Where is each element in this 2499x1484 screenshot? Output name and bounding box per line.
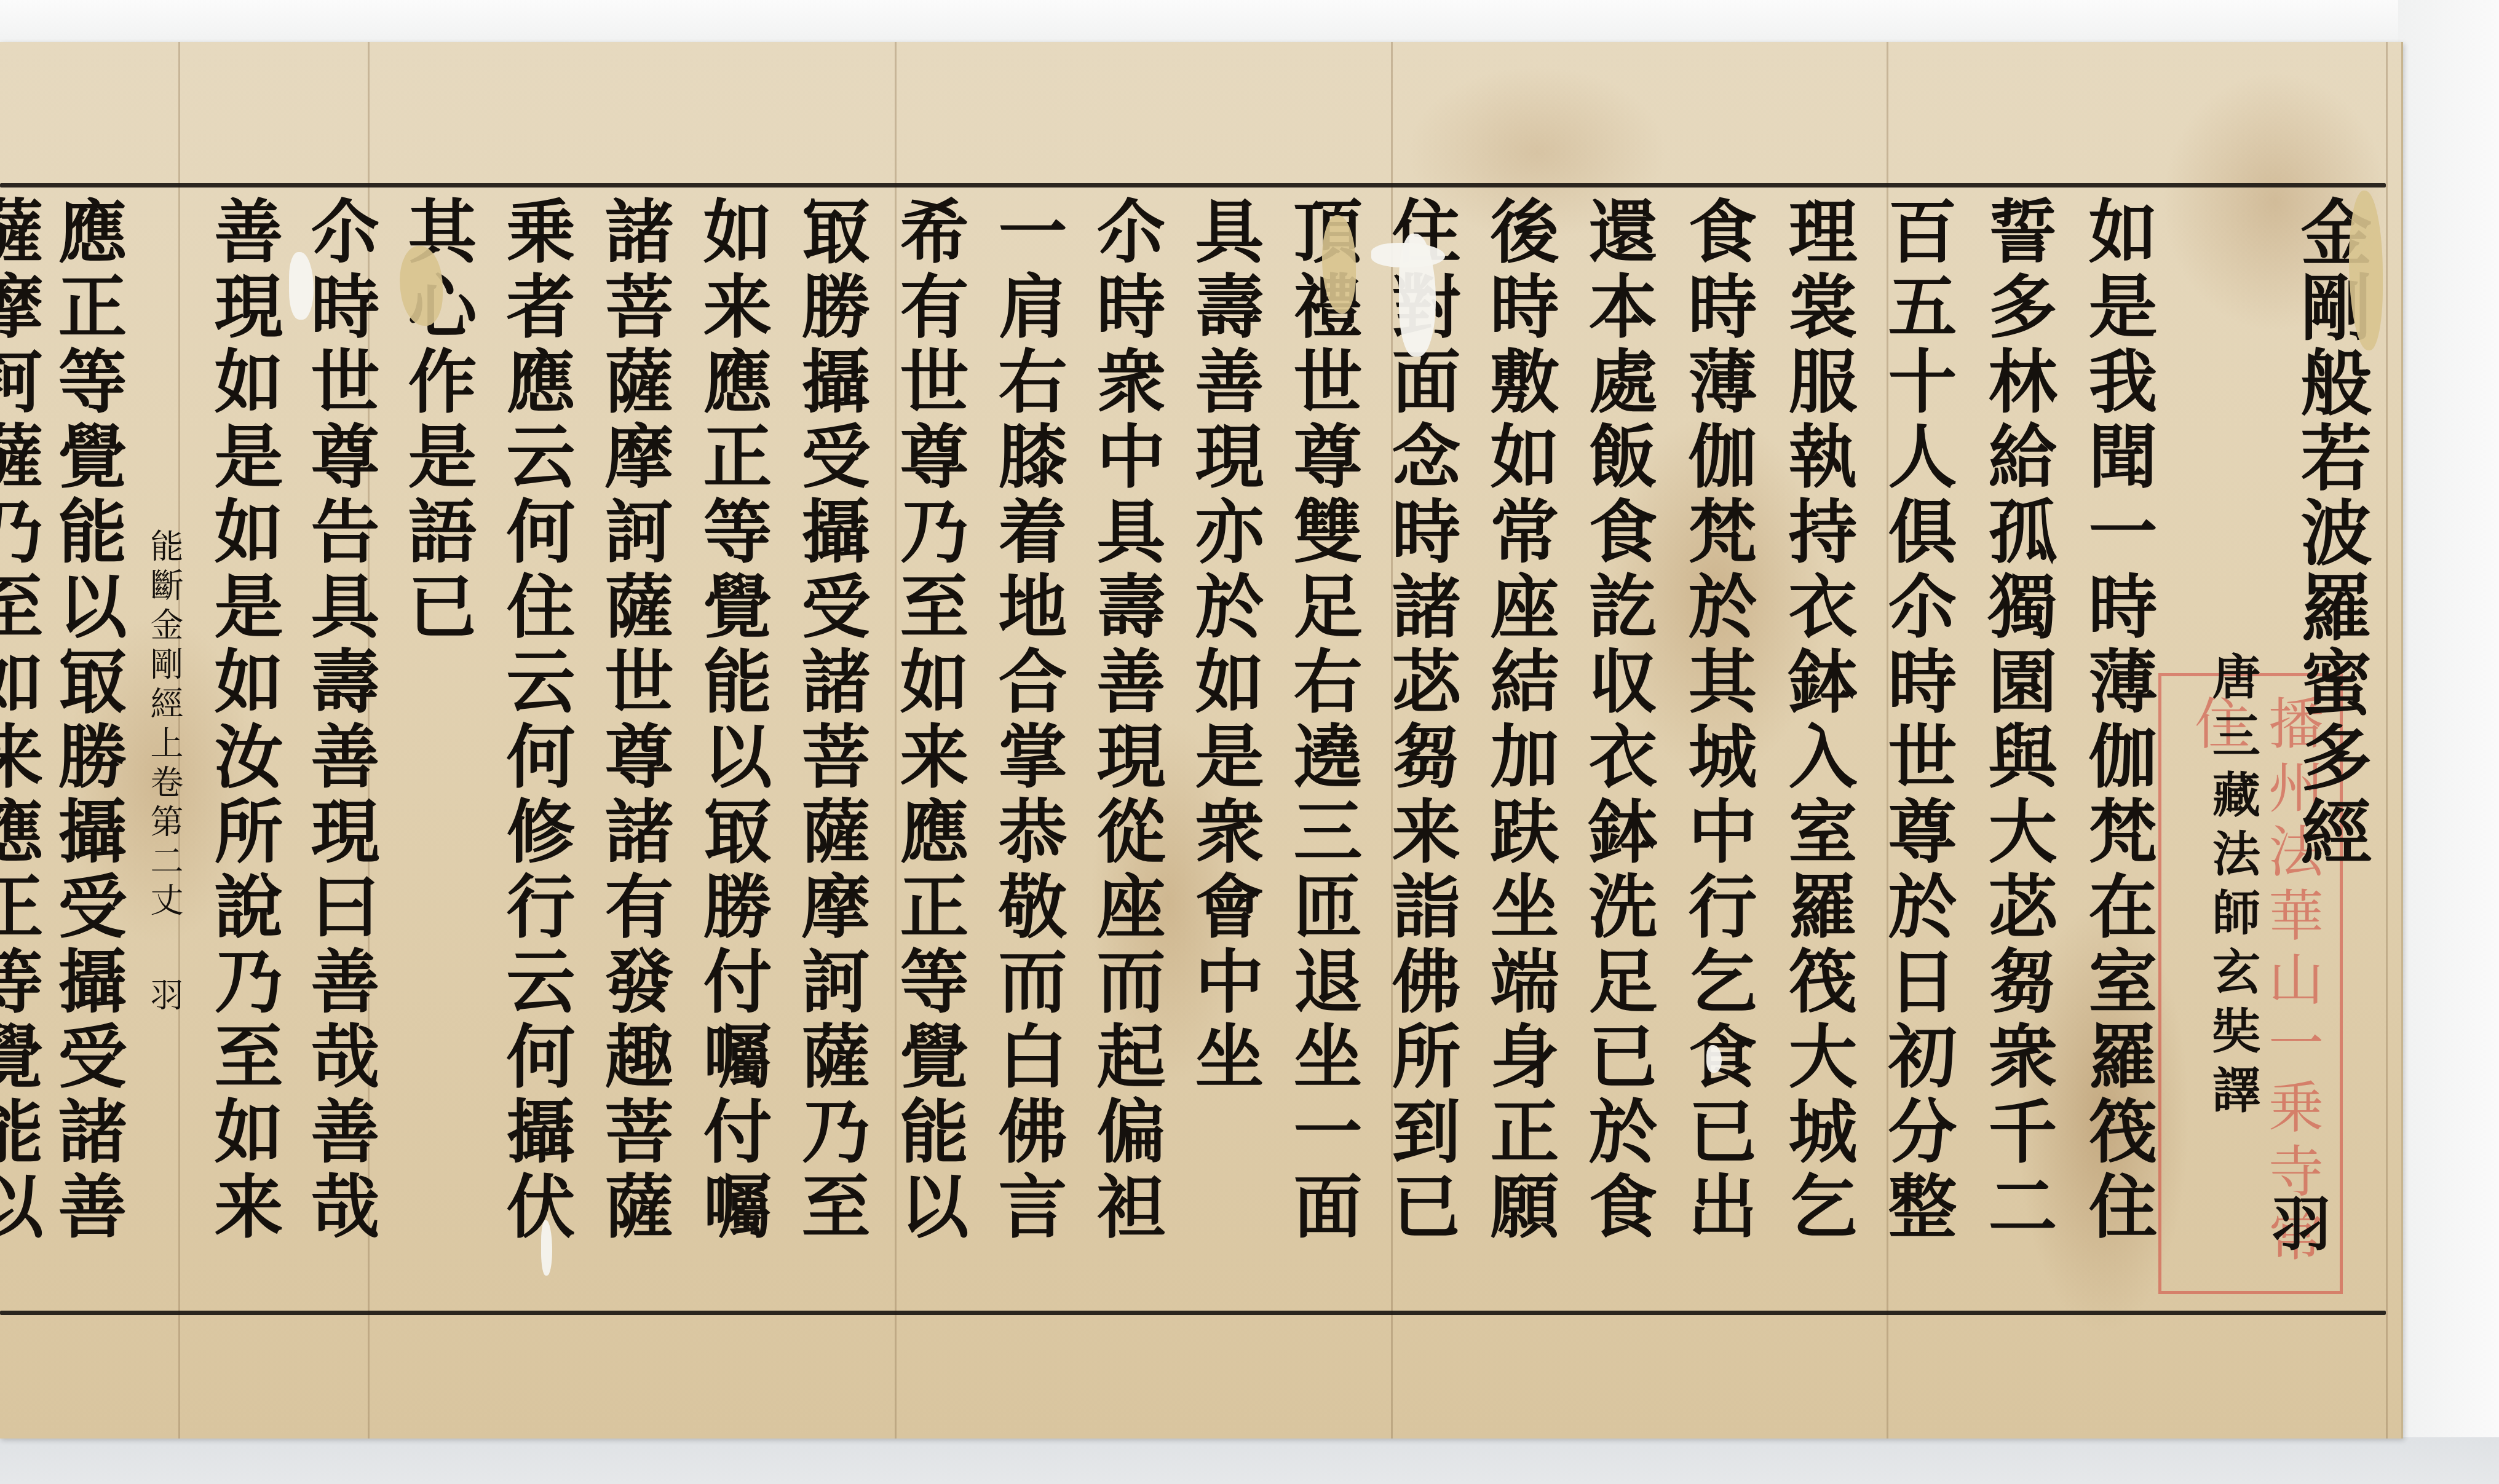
text-column-21: 應正等覺能以冣勝攝受攝受諸善 [47,195,127,1245]
margin-note: 能斷金剛經上卷第二丈 [143,529,186,922]
text-column-12: 一肩右膝着地合掌恭敬而白佛言 [987,195,1067,1245]
text-column-16: 諸菩薩摩訶薩世尊諸有發趣菩薩 [593,195,673,1245]
text-column-13: 希有世尊乃至如来應正等覺能以 [889,195,968,1245]
text-column-6: 還本處飯食訖収衣鉢洗足已於食 [1577,195,1657,1245]
translator-line: 唐三藏法師玄奘譯 [2201,652,2263,1124]
margin-note-mark: 羽 [143,977,186,1011]
text-column-20: 善現如是如是如汝所說乃至如来 [203,195,283,1245]
background-bottom [0,1437,2499,1484]
text-column-5: 食時薄伽梵於其城中行乞食已出 [1677,195,1757,1245]
text-column-15: 如来應正等覺能以冣勝付囑付囑 [692,195,772,1245]
paper-hole [1706,1045,1722,1073]
text-column-3: 百五十人俱尒時世尊於日初分整 [1877,195,1957,1245]
text-column-10: 具壽善現亦於如是衆會中坐 [1184,195,1264,1095]
text-column-19: 尒時世尊告具壽善現曰善哉善哉 [299,195,379,1245]
text-column-14: 冣勝攝受攝受諸菩薩摩訶薩乃至 [790,195,870,1245]
text-column-17: 乗者應云何住云何修行云何攝伏 [495,195,575,1245]
paper-hole [1371,243,1445,267]
text-column-9: 頂禮世尊雙足右遶三匝退坐一面 [1282,195,1362,1245]
volume-mark: 羽 [2263,1193,2331,1252]
top-border-rule [0,183,2386,187]
background-top [0,0,2499,43]
text-column-22-partial: 薩摩訶薩乃至如来應正等覺能以 [0,195,43,1245]
text-column-4: 理裳服執持衣鉢入室羅筏大城乞 [1777,195,1857,1245]
paper-seam [2386,42,2388,1439]
text-column-2: 誓多林給孤獨園與大苾芻衆千二 [1977,195,2057,1245]
text-column-7: 後時敷如常座結加趺坐端身正願 [1479,195,1559,1245]
text-column-1: 如是我聞一時薄伽梵在室羅筏住 [2077,195,2157,1245]
text-column-11: 尒時衆中具壽善現從座而起偏袒 [1085,195,1165,1245]
bottom-border-rule [0,1311,2386,1315]
background-right [2398,0,2499,1484]
